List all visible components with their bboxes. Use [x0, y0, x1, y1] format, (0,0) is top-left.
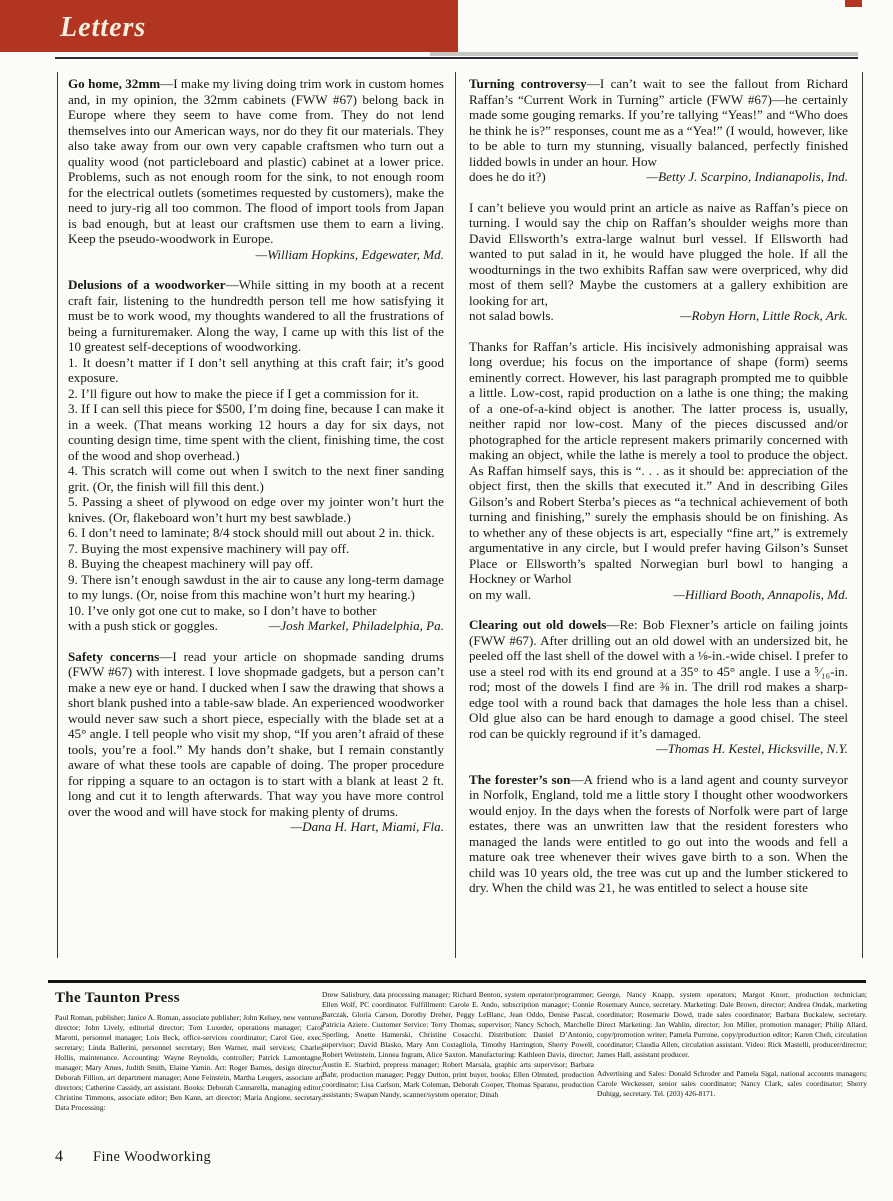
masthead-paragraph: George, Nancy Knapp, system operators; M…: [597, 990, 867, 1060]
letter-block: Thanks for Raffan’s article. His incisiv…: [469, 339, 848, 603]
header-rule-shadow: [430, 52, 858, 56]
letter-lead: Go home, 32mm: [68, 76, 160, 91]
letter-signature: —William Hopkins, Edgewater, Md.: [256, 247, 444, 263]
letter-signature: —Thomas H. Kestel, Hicksville, N.Y.: [656, 741, 848, 757]
signature-row: does he do it?)—Betty J. Scarpino, India…: [469, 169, 848, 185]
letter-lead: Clearing out old dowels: [469, 617, 606, 632]
letter-paragraph: 8. Buying the cheapest machinery will pa…: [68, 556, 444, 572]
letter-block: Turning controversy—I can’t wait to see …: [469, 76, 848, 185]
letter-lead: The forester’s son: [469, 772, 570, 787]
header-rule: [55, 57, 858, 59]
column-rule-right: [862, 72, 863, 958]
letter-paragraph: 7. Buying the most expensive machinery w…: [68, 541, 444, 557]
signature-row: —William Hopkins, Edgewater, Md.: [68, 247, 444, 263]
letter-paragraph: 2. I’ll figure out how to make the piece…: [68, 386, 444, 402]
letter-signature: —Dana H. Hart, Miami, Fla.: [291, 819, 445, 835]
page-footer: 4 Fine Woodworking: [55, 1148, 211, 1166]
letter-tail: with a push stick or goggles.: [68, 618, 218, 634]
masthead-column-2: Drew Salisbury, data processing manager;…: [322, 990, 594, 1100]
letter-paragraph: 1. It doesn’t matter if I don’t sell any…: [68, 355, 444, 386]
signature-row: —Thomas H. Kestel, Hicksville, N.Y.: [469, 741, 848, 757]
letter-paragraph: 3. If I can sell this piece for $500, I’…: [68, 401, 444, 463]
letter-signature: —Robyn Horn, Little Rock, Ark.: [680, 308, 848, 324]
letter-paragraph: Delusions of a woodworker—While sitting …: [68, 277, 444, 355]
masthead-column-1: Paul Roman, publisher; Janice A. Roman, …: [55, 1013, 323, 1113]
letter-block: Go home, 32mm—I make my living doing tri…: [68, 76, 444, 262]
masthead-column-3: George, Nancy Knapp, system operators; M…: [597, 990, 867, 1108]
letter-signature: —Hilliard Booth, Annapolis, Md.: [673, 587, 848, 603]
letter-paragraph: 10. I’ve only got one cut to make, so I …: [68, 603, 444, 619]
letter-lead: Turning controversy: [469, 76, 587, 91]
letter-block: I can’t believe you would print an artic…: [469, 200, 848, 324]
letter-lead: Delusions of a woodworker: [68, 277, 226, 292]
letter-tail: not salad bowls.: [469, 308, 554, 324]
letters-column-1: Go home, 32mm—I make my living doing tri…: [68, 76, 444, 850]
letter-signature: —Betty J. Scarpino, Indianapolis, Ind.: [647, 169, 848, 185]
letter-block: Safety concerns—I read your article on s…: [68, 649, 444, 835]
section-title: Letters: [60, 12, 146, 44]
letter-paragraph: 6. I don’t need to laminate; 8/4 stock s…: [68, 525, 444, 541]
signature-row: not salad bowls.—Robyn Horn, Little Rock…: [469, 308, 848, 324]
letter-paragraph: 9. There isn’t enough sawdust in the air…: [68, 572, 444, 603]
letter-paragraph: Go home, 32mm—I make my living doing tri…: [68, 76, 444, 247]
signature-row: on my wall.—Hilliard Booth, Annapolis, M…: [469, 587, 848, 603]
column-rule-center: [455, 72, 456, 958]
letter-block: Clearing out old dowels—Re: Bob Flexner’…: [469, 617, 848, 757]
masthead-rule: [48, 980, 866, 983]
letter-paragraph: Safety concerns—I read your article on s…: [68, 649, 444, 820]
letter-paragraph: Thanks for Raffan’s article. His incisiv…: [469, 339, 848, 587]
letter-signature: —Josh Markel, Philadelphia, Pa.: [269, 618, 444, 634]
signature-row: with a push stick or goggles.—Josh Marke…: [68, 618, 444, 634]
letter-tail: does he do it?): [469, 169, 546, 185]
letter-paragraph: I can’t believe you would print an artic…: [469, 200, 848, 309]
column-rule-left: [57, 72, 58, 958]
letter-paragraph: The forester’s son—A friend who is a lan…: [469, 772, 848, 896]
letter-paragraph: Clearing out old dowels—Re: Bob Flexner’…: [469, 617, 848, 741]
letter-block: Delusions of a woodworker—While sitting …: [68, 277, 444, 634]
letter-tail: on my wall.: [469, 587, 531, 603]
letter-paragraph: Turning controversy—I can’t wait to see …: [469, 76, 848, 169]
page-number: 4: [55, 1148, 63, 1166]
letter-lead: Safety concerns: [68, 649, 159, 664]
signature-row: —Dana H. Hart, Miami, Fla.: [68, 819, 444, 835]
masthead-advertising-paragraph: Advertising and Sales: Donald Schroder a…: [597, 1069, 867, 1099]
letter-block: The forester’s son—A friend who is a lan…: [469, 772, 848, 896]
letter-paragraph: 4. This scratch will come out when I swi…: [68, 463, 444, 494]
page-corner-mark: [845, 0, 862, 7]
letters-column-2: Turning controversy—I can’t wait to see …: [469, 76, 848, 956]
letter-paragraph: 5. Passing a sheet of plywood on edge ov…: [68, 494, 444, 525]
magazine-name: Fine Woodworking: [93, 1149, 211, 1166]
masthead-title: The Taunton Press: [55, 990, 180, 1007]
